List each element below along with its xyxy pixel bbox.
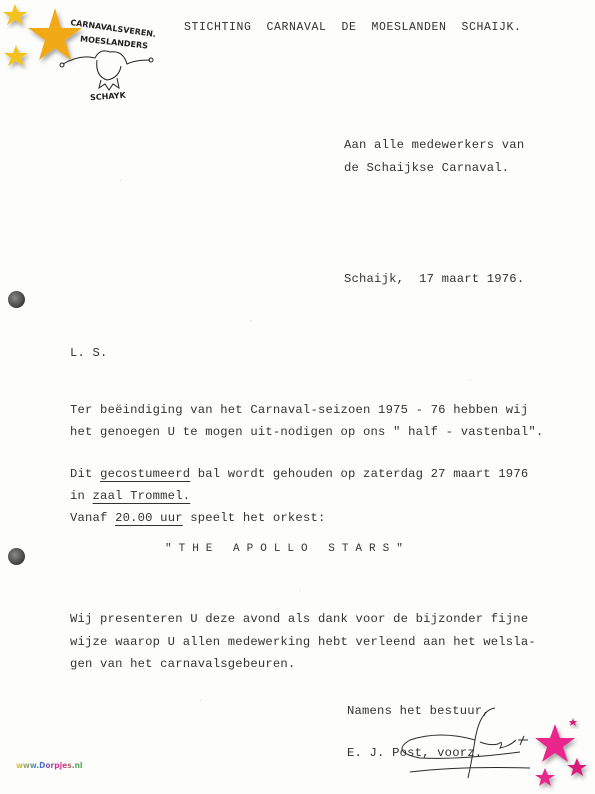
- text: Vanaf: [70, 511, 115, 525]
- org-name: STICHTING CARNAVAL DE MOESLANDEN SCHAIJK…: [184, 21, 522, 34]
- date-line: Schaijk, 17 maart 1976.: [344, 272, 524, 286]
- para3-line-3: gen van het carnavalsgebeuren.: [70, 657, 295, 671]
- para3-line-1: Wij presenteren U deze avond als dank vo…: [70, 612, 528, 626]
- para3-line-2: wijze waarop U allen medewerking hebt ve…: [70, 635, 536, 649]
- punch-hole-bottom: [8, 548, 25, 565]
- paper-speck: [300, 590, 301, 591]
- costumed-underlined: gecostumeerd: [100, 467, 190, 481]
- text: in: [70, 489, 93, 503]
- band-name: " T H E A P O L L O S T A R S ": [165, 543, 403, 555]
- logo: CARNAVALSVEREN. MOESLANDERS SCHAYK: [0, 0, 170, 110]
- text: speelt het orkest:: [183, 511, 326, 525]
- paper-speck: [470, 380, 471, 381]
- time-underlined: 20.00 uur: [115, 511, 183, 525]
- recipient-line-2: de Schaijkse Carnaval.: [344, 161, 509, 175]
- watermark-label: www.Dorpjes.nl: [16, 761, 82, 770]
- punch-hole-top: [8, 291, 25, 308]
- paper-speck: [120, 180, 121, 181]
- venue-underlined: zaal Trommel.: [93, 489, 191, 503]
- text: Dit: [70, 467, 100, 481]
- pink-stars-icon: [525, 714, 595, 794]
- text: bal wordt gehouden op zaterdag 27 maart …: [190, 467, 528, 481]
- logo-line-3: SCHAYK: [90, 91, 126, 102]
- para2-line-2: in zaal Trommel.: [70, 489, 190, 503]
- recipient-line-1: Aan alle medewerkers van: [344, 138, 524, 152]
- paper-speck: [200, 700, 201, 701]
- para1-line-1: Ter beëindiging van het Carnaval-seizoen…: [70, 403, 528, 417]
- para1-line-2: het genoegen U te mogen uit-nodigen op o…: [70, 425, 543, 439]
- salutation: L. S.: [70, 346, 108, 360]
- para2-line-1: Dit gecostumeerd bal wordt gehouden op z…: [70, 467, 528, 481]
- para2-line-3: Vanaf 20.00 uur speelt het orkest:: [70, 511, 325, 525]
- jester-face-icon: [55, 44, 155, 94]
- watermark-logo: www.Dorpjes.nl: [16, 757, 82, 773]
- paper-speck: [250, 320, 251, 321]
